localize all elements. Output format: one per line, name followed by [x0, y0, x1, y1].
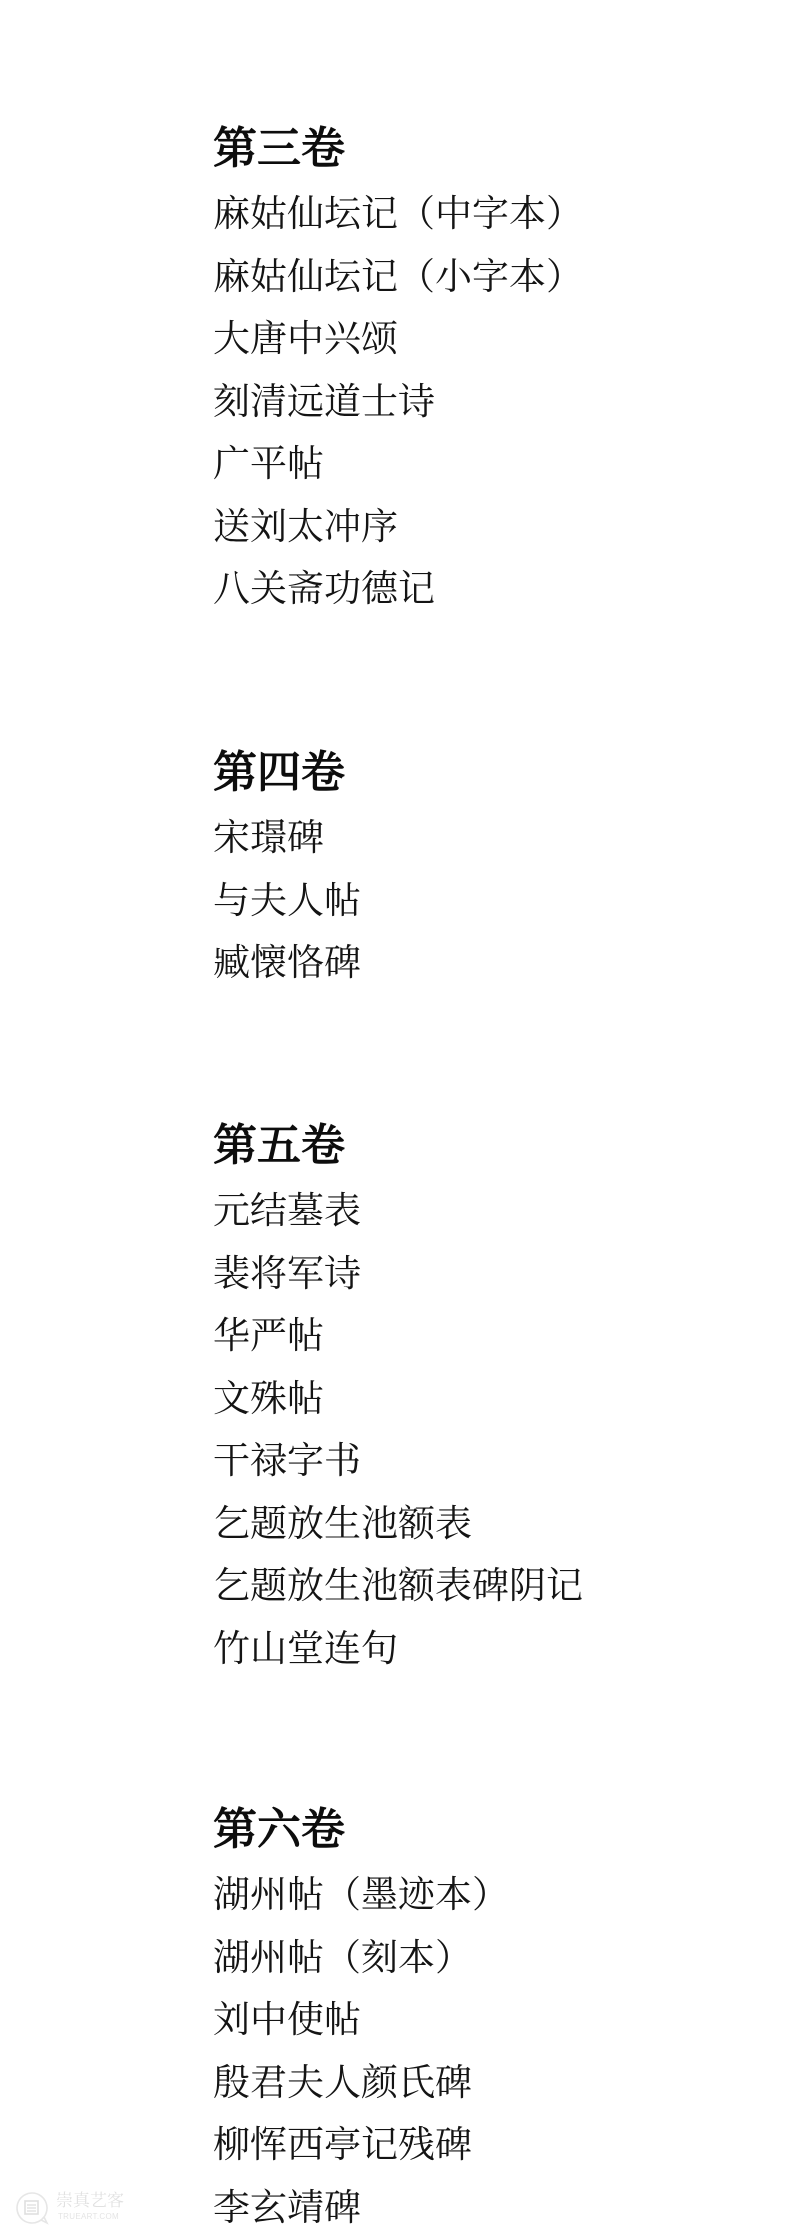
work-item: 竹山堂连句: [213, 1618, 773, 1681]
watermark-brand-cn: 崇真艺客: [56, 2191, 124, 2211]
watermark-brand-en: TRUEART.COM: [58, 2212, 119, 2222]
work-item: 与夫人帖: [213, 870, 773, 933]
work-item: 麻姑仙坛记（中字本）: [213, 183, 773, 246]
work-item: 臧懐恪碑: [213, 932, 773, 995]
work-item: 麻姑仙坛记（小字本）: [213, 246, 773, 309]
work-item: 干禄字书: [213, 1430, 773, 1493]
volume-title: 第四卷: [213, 738, 773, 807]
volume-title: 第三卷: [213, 114, 773, 183]
work-item: 送刘太冲序: [213, 496, 773, 559]
volume-section-4: 第四卷 宋璟碑 与夫人帖 臧懐恪碑: [213, 738, 773, 995]
work-item: 华严帖: [213, 1305, 773, 1368]
work-item: 八关斋功德记: [213, 558, 773, 621]
work-item: 大唐中兴颂: [213, 308, 773, 371]
work-item: 文殊帖: [213, 1368, 773, 1431]
work-item: 湖州帖（墨迹本）: [213, 1864, 773, 1927]
volume-section-6: 第六卷 湖州帖（墨迹本） 湖州帖（刻本） 刘中使帖 殷君夫人颜氏碑 柳恽西亭记残…: [213, 1795, 773, 2239]
work-item: 湖州帖（刻本）: [213, 1927, 773, 1990]
volume-section-5: 第五卷 元结墓表 裴将军诗 华严帖 文殊帖 干禄字书 乞题放生池额表 乞题放生池…: [213, 1111, 773, 1680]
work-item: 广平帖: [213, 433, 773, 496]
work-item: 宋璟碑: [213, 807, 773, 870]
work-item: 刻清远道士诗: [213, 371, 773, 434]
volume-section-3: 第三卷 麻姑仙坛记（中字本） 麻姑仙坛记（小字本） 大唐中兴颂 刻清远道士诗 广…: [213, 114, 773, 621]
work-item: 元结墓表: [213, 1180, 773, 1243]
watermark: 崇真艺客 TRUEART.COM: [14, 2190, 134, 2230]
work-item: 刘中使帖: [213, 1989, 773, 2052]
volume-title: 第五卷: [213, 1111, 773, 1180]
work-list: 元结墓表 裴将军诗 华严帖 文殊帖 干禄字书 乞题放生池额表 乞题放生池额表碑阴…: [213, 1180, 773, 1680]
work-item: 裴将军诗: [213, 1243, 773, 1306]
work-item: 殷君夫人颜氏碑: [213, 2052, 773, 2115]
work-item: 李玄靖碑: [213, 2177, 773, 2240]
work-item: 乞题放生池额表碑阴记: [213, 1555, 773, 1618]
chat-bubble-book-icon: [14, 2190, 50, 2226]
work-list: 麻姑仙坛记（中字本） 麻姑仙坛记（小字本） 大唐中兴颂 刻清远道士诗 广平帖 送…: [213, 183, 773, 621]
work-item: 柳恽西亭记残碑: [213, 2114, 773, 2177]
work-item: 乞题放生池额表: [213, 1493, 773, 1556]
work-list: 宋璟碑 与夫人帖 臧懐恪碑: [213, 807, 773, 995]
work-list: 湖州帖（墨迹本） 湖州帖（刻本） 刘中使帖 殷君夫人颜氏碑 柳恽西亭记残碑 李玄…: [213, 1864, 773, 2239]
volume-title: 第六卷: [213, 1795, 773, 1864]
